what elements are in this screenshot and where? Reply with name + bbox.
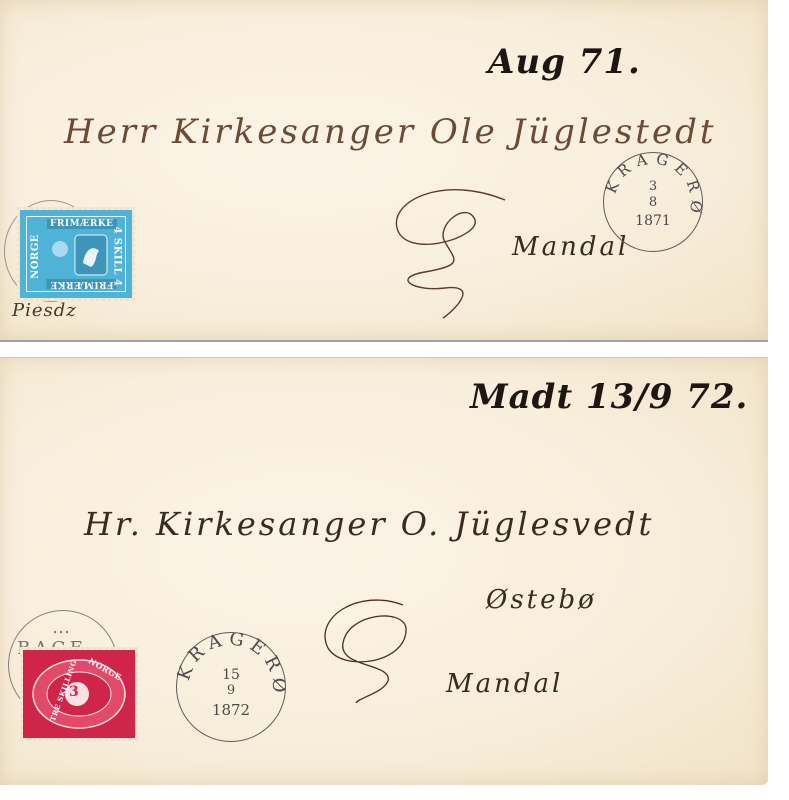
cover-1872: Madt 13/9 72. Hr. Kirkesanger O. Jüglesv… [0, 357, 768, 785]
postmark-month: 9 [177, 683, 285, 698]
postmark-kragero-1871: KRAGERØ 3 8 1871 [603, 152, 703, 252]
stamp-value: 4 SKILL 4 [111, 226, 122, 286]
postmark-day: 15 [177, 667, 285, 683]
docket-date: Aug 71. [488, 42, 641, 82]
address-line-name: Herr Kirkesanger Ole Jüglestedt [64, 112, 717, 152]
docket-date: Madt 13/9 72. [470, 377, 748, 417]
stamp-4-skilling-blue: FRIMÆRKE FRIMÆRKE NORGE 4 SKILL 4 [20, 210, 132, 298]
postmark-year: 1871 [604, 213, 702, 229]
stamp-numeral: 3 [69, 684, 79, 700]
address-line-name: Hr. Kirkesanger O. Jüglesvedt [84, 505, 654, 543]
stamp-bottom-label: FRIMÆRKE [47, 279, 117, 289]
address-line-village: Østebø [486, 585, 597, 615]
flourish-ornament [385, 180, 525, 325]
stamp-top-label: FRIMÆRKE [47, 219, 117, 229]
postmark-day: 3 [604, 179, 702, 194]
flourish-ornament [318, 593, 438, 708]
lion-arms-icon [49, 233, 111, 279]
stamp-3-skilling-red: 3 NORGE TRE SKILLING [23, 650, 135, 738]
postmark-kragero-1872: KRAGERØ 15 9 1872 [176, 632, 286, 742]
postmark-year: 1872 [177, 701, 285, 719]
postmark-month: 8 [604, 195, 702, 210]
stamp-country: NORGE [30, 234, 41, 279]
sender-note: Piesdz [12, 300, 77, 321]
cover-1871: Aug 71. Herr Kirkesanger Ole Jüglestedt … [0, 0, 768, 342]
address-line-town: Mandal [446, 669, 563, 699]
